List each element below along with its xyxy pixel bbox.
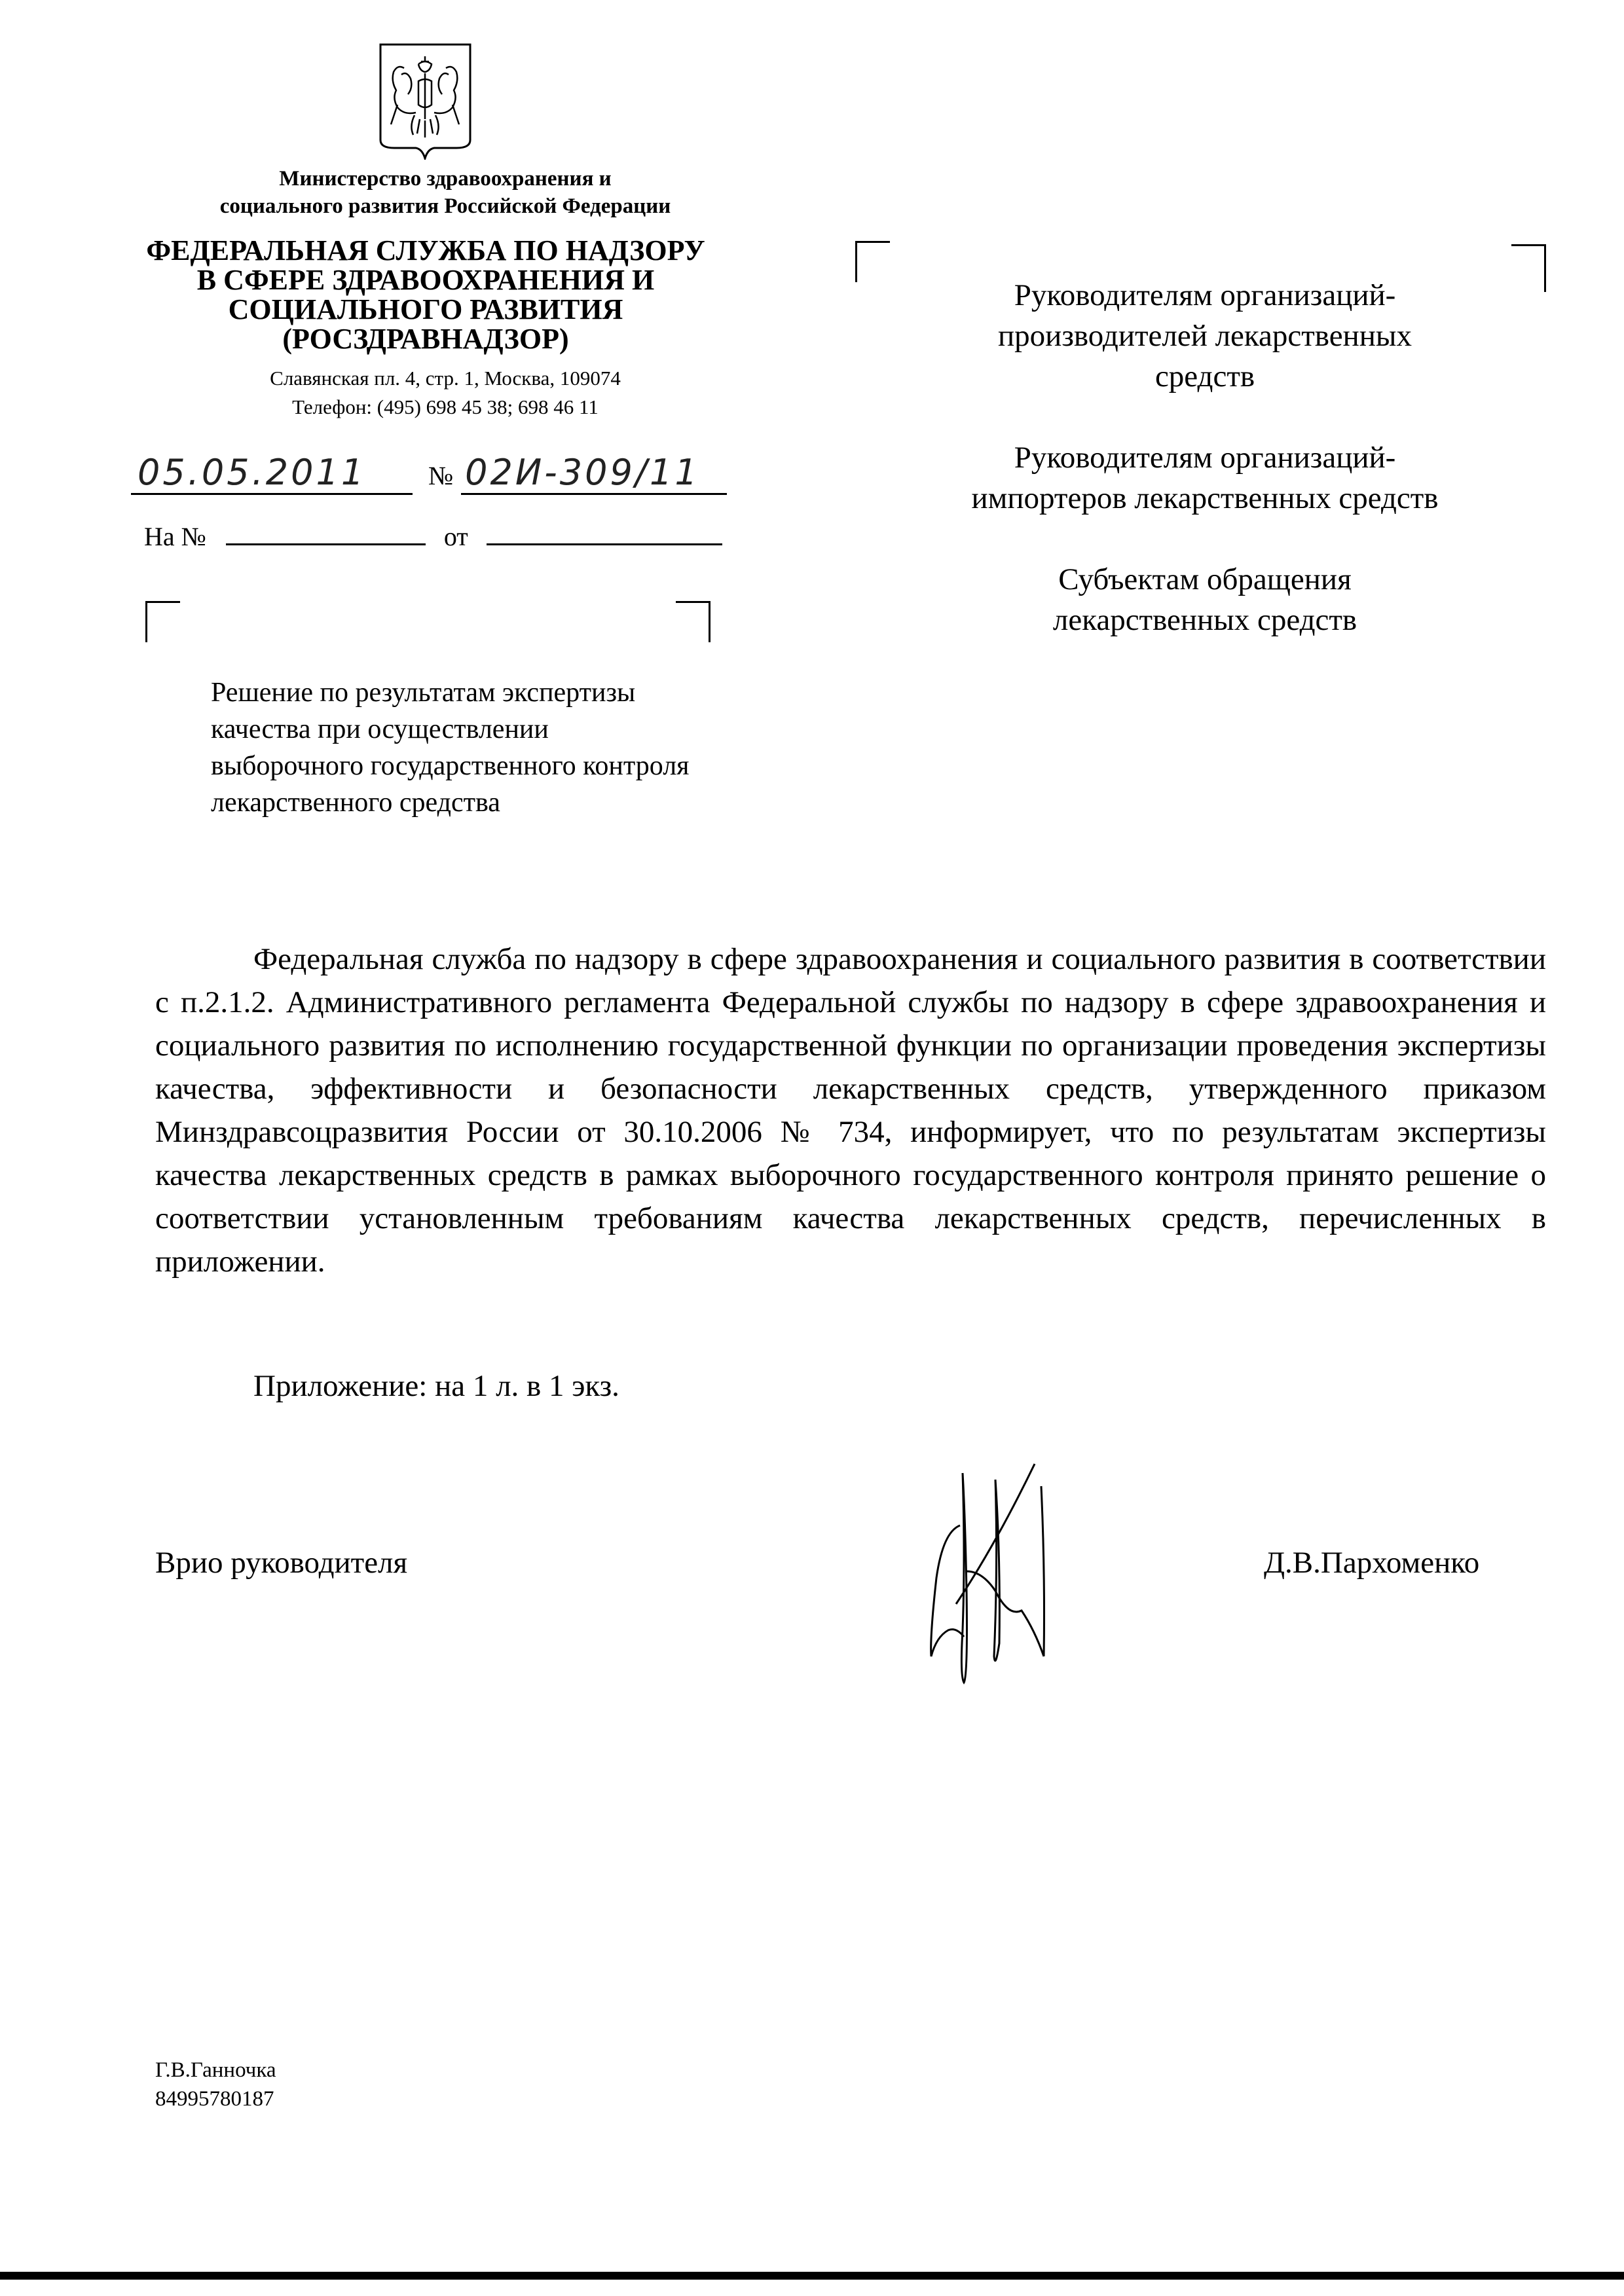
agency-name: ФЕДЕРАЛЬНАЯ СЛУЖБА ПО НАДЗОРУ В СФЕРЕ ЗД… [118,236,733,354]
agency-line: В СФЕРЕ ЗДРАВООХРАНЕНИЯ И [118,265,733,295]
ministry-name: Министерство здравоохранения и социально… [157,165,733,220]
registration-number: 02И-309/11 [461,452,727,495]
addressee-group: Руководителям организаций- импортеров ле… [858,437,1552,519]
scan-edge-bar [0,2272,1624,2280]
addressee-line: производителей лекарственных [858,316,1552,356]
executor-info: Г.В.Ганночка 84995780187 [155,2056,276,2113]
coat-of-arms-icon [378,42,473,160]
subject-line: Решение по результатам экспертизы [211,674,800,711]
agency-line: ФЕДЕРАЛЬНАЯ СЛУЖБА ПО НАДЗОРУ [118,236,733,265]
ministry-line: Министерство здравоохранения и [157,165,733,192]
registration-row: 05.05.2011 № 02И-309/11 [131,452,733,504]
addressee-line: импортеров лекарственных средств [858,478,1552,519]
agency-address: Славянская пл. 4, стр. 1, Москва, 109074 [157,364,733,393]
agency-contacts: Славянская пл. 4, стр. 1, Москва, 109074… [157,364,733,422]
from-label: от [444,522,468,551]
number-label: № [428,461,453,490]
executor-phone: 84995780187 [155,2085,276,2113]
subject-line: выборочного государственного контроля [211,748,800,784]
from-date-field [487,519,722,545]
addressees: Руководителям организаций- производителе… [858,275,1552,681]
subject-bracket-right [676,601,710,642]
addressee-line: Субъектам обращения [858,559,1552,600]
agency-line: СОЦИАЛЬНОГО РАЗВИТИЯ [118,295,733,324]
agency-phone: Телефон: (495) 698 45 38; 698 46 11 [157,393,733,422]
registration-date: 05.05.2011 [131,452,413,495]
addressee-line: Руководителям организаций- [858,275,1552,316]
signer-role: Врио руководителя [155,1545,407,1580]
ministry-line: социального развития Российской Федераци… [157,192,733,220]
reply-reference-row: На № от [144,519,733,552]
subject-line: качества при осуществлении [211,711,800,748]
appendix-note: Приложение: на 1 л. в 1 экз. [253,1368,619,1404]
addressee-group: Субъектам обращения лекарственных средст… [858,559,1552,640]
body-paragraph: Федеральная служба по надзору в сфере зд… [155,938,1546,1283]
addressee-group: Руководителям организаций- производителе… [858,275,1552,397]
reply-to-label: На № [144,522,206,551]
addressee-line: Руководителям организаций- [858,437,1552,478]
letter-subject: Решение по результатам экспертизы качест… [211,674,800,821]
subject-line: лекарственного средства [211,784,800,821]
addressee-line: средств [858,356,1552,397]
agency-line: (РОСЗДРАВНАДЗОР) [118,324,733,354]
executor-name: Г.В.Ганночка [155,2056,276,2085]
letter-body: Федеральная служба по надзору в сфере зд… [155,938,1546,1283]
signer-name: Д.В.Пархоменко [1264,1545,1479,1580]
addressee-line: лекарственных средств [858,600,1552,640]
subject-bracket-left [145,601,180,642]
reply-to-number-field [226,519,426,545]
handwritten-signature-icon [917,1460,1100,1689]
